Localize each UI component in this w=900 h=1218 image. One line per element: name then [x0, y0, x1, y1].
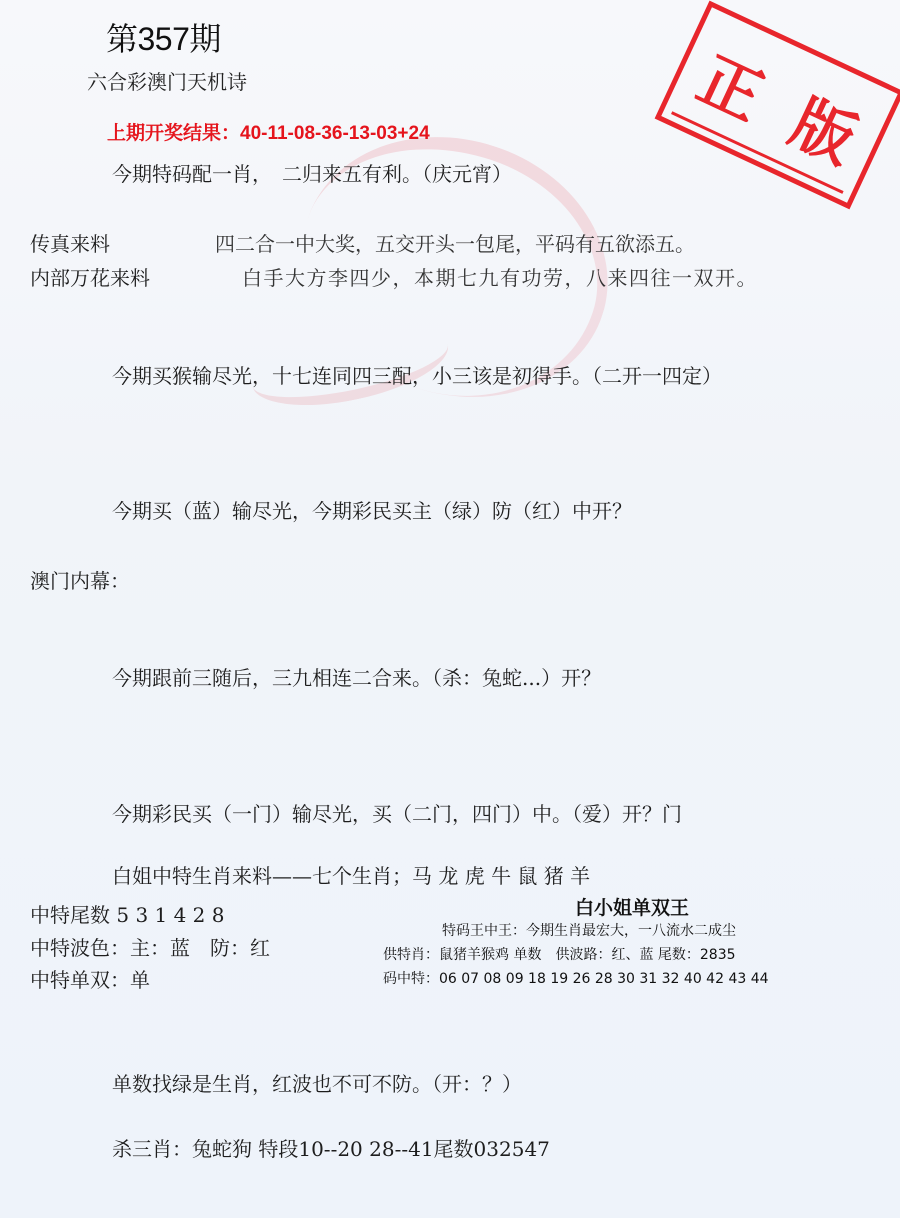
panel-supply-line: 供特肖：鼠猪羊猴鸡 单数 供波路：红、蓝 尾数：2835 — [383, 944, 736, 964]
color-line: 今期买（蓝）输尽光，今期彩民买主（绿）防（红）中开？ — [112, 495, 632, 524]
last-result-label: 上期开奖结果： — [107, 123, 240, 144]
stamp-char-1: 正 — [686, 30, 780, 137]
internal-source-label: 内部万花来料 — [30, 262, 150, 291]
fax-source-text: 四二合一中大奖，五交开头一包尾，平码有五欲添五。 — [215, 228, 695, 257]
monkey-line: 今期买猴输尽光，十七连同四三配，小三该是初得手。（二开一四定） — [112, 360, 722, 389]
zodiac-line: 白姐中特生肖来料——七个生肖；马 龙 虎 牛 鼠 猪 羊 — [112, 860, 590, 889]
panel-king-line: 特码王中王：今期生肖最宏大，一八流水二成尘 — [442, 920, 736, 940]
follow-line: 今期跟前三随后，三九相连二合来。（杀：兔蛇...）开？ — [112, 662, 601, 691]
issue-title: 第357期 — [106, 14, 221, 60]
tail-numbers: 中特尾数 5 3 1 4 2 8 — [30, 899, 225, 928]
stamp-char-2: 版 — [779, 73, 873, 180]
macau-insider-label: 澳门内幕： — [30, 565, 130, 594]
odd-even: 中特单双：单 — [30, 964, 150, 993]
authentic-stamp: 正 版 — [655, 1, 900, 210]
last-result: 上期开奖结果：40-11-08-36-13-03+24 — [107, 118, 430, 145]
fax-source-label: 传真来料 — [30, 228, 110, 257]
panel-title: 白小姐单双王 — [575, 893, 689, 920]
panel-numbers-line: 码中特：06 07 08 09 18 19 26 28 30 31 32 40 … — [383, 968, 769, 988]
subtitle: 六合彩澳门天机诗 — [87, 66, 247, 95]
internal-source-text: 白手大方李四少，本期七九有功劳，八来四往一双开。 — [242, 262, 758, 291]
last-result-numbers: 40-11-08-36-13-03+24 — [240, 123, 430, 144]
poem-line: 今期特码配一肖， 二归来五有利。（庆元宵） — [112, 158, 512, 187]
door-line: 今期彩民买（一门）输尽光，买（二门，四门）中。（爱）开？门 — [112, 798, 682, 827]
odd-green-line: 单数找绿是生肖，红波也不可不防。（开：？） — [112, 1068, 522, 1097]
wave-color: 中特波色：主：蓝 防：红 — [30, 932, 270, 961]
kill-zodiac-line: 杀三肖：兔蛇狗 特段10--20 28--41尾数032547 — [112, 1133, 550, 1162]
